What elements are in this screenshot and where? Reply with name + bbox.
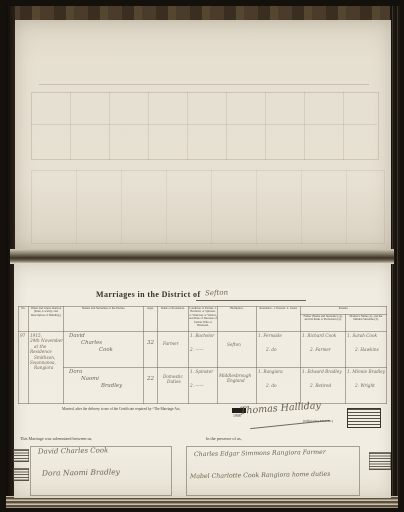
certification-printed-text: Married, after the delivery to me of the…: [62, 407, 240, 411]
registrar-stamp-box: [347, 408, 381, 428]
cell-bride-name: Dora Naomi Bradley: [64, 368, 144, 404]
blank-verso-page: [15, 20, 391, 251]
header-ages: Ages.: [144, 307, 158, 332]
cell-when-where: 1915, 24th November at the Residence Smi…: [29, 332, 64, 404]
header-parents: Parents.: [301, 307, 387, 315]
cell-groom-father: 1. Richard Cook 2. Farmer: [301, 332, 346, 368]
solemnized-label: This Marriage was solemnized between us,: [20, 436, 92, 441]
show-through-rule: [39, 84, 369, 85]
presence-label: In the presence of us,: [206, 436, 242, 441]
register-row-groom: 97 1915, 24th November at the Residence …: [19, 332, 387, 368]
district-handwritten: Sefton: [205, 289, 228, 298]
header-names: Names and Surnames of the Parties.: [64, 307, 144, 332]
show-through-rule: [31, 124, 377, 125]
cell-bride-rank: Domestic Duties: [158, 368, 189, 404]
cell-groom-mother: 1. Sarah Cook 2. Hawkins: [346, 332, 387, 368]
header-father: Father (Name and Surname (1)), and his R…: [301, 315, 346, 332]
show-through-table-lower: [31, 170, 385, 244]
district-underline: [196, 300, 306, 301]
page-gutter-shadow: [10, 249, 394, 264]
header-no: No.: [19, 307, 29, 332]
cell-groom-birthplace: Sefton: [218, 332, 257, 368]
groom-signature: David Charles Cook: [38, 446, 108, 455]
cell-groom-residence: 1. Fernside 2. do: [257, 332, 301, 368]
cell-bride-residence: 1. Rangiora 2. do: [257, 368, 301, 404]
header-mother: Mother's Name (1), and her Maiden Surnam…: [346, 315, 387, 332]
header-residence: Residence. 1. Present. 2. Usual.: [257, 307, 301, 332]
cell-bride-mother: 1. Minnie Bradley 2. Wright: [346, 368, 387, 404]
cell-groom-rank: Farmer: [158, 332, 189, 368]
cell-bride-father: 1. Edward Bradley 2. Retired: [301, 368, 346, 404]
margin-note-left-1: [13, 449, 29, 462]
cell-groom-condition: 1. Bachelor 2. ——: [189, 332, 218, 368]
officiating-minister-label: (Officiating Minister.): [303, 419, 333, 423]
header-rank: Rank or Profession.: [158, 307, 189, 332]
margin-note-left-2: [13, 468, 29, 481]
cell-bride-age: 22: [144, 368, 158, 404]
page-title: Marriages in the District of: [96, 290, 201, 299]
cell-bride-condition: 1. Spinster 2. ——: [189, 368, 218, 404]
register-row-bride: Dora Naomi Bradley 22 Domestic Duties: [19, 368, 387, 404]
cell-bride-birthplace: Middlesbrough England: [218, 368, 257, 404]
marriage-register-photo: Marriages in the District of Sefton No. …: [0, 0, 404, 512]
cell-entry-no: 97: [19, 332, 29, 404]
cell-groom-age: 32: [144, 332, 158, 368]
header-when-where: When and where married (Date, Locality, …: [29, 307, 64, 332]
marriage-register-table: No. When and where married (Date, Locali…: [18, 306, 387, 404]
margin-note-right: [369, 452, 391, 470]
header-condition: Condition of Parties. 1. Bachelor or Spi…: [189, 307, 218, 332]
header-birthplace: Birthplace.: [218, 307, 257, 332]
show-through-table-upper: [31, 92, 379, 160]
bride-signature: Dora Naomi Bradley: [42, 467, 120, 477]
cell-groom-name: David Charles Cook: [64, 332, 144, 368]
